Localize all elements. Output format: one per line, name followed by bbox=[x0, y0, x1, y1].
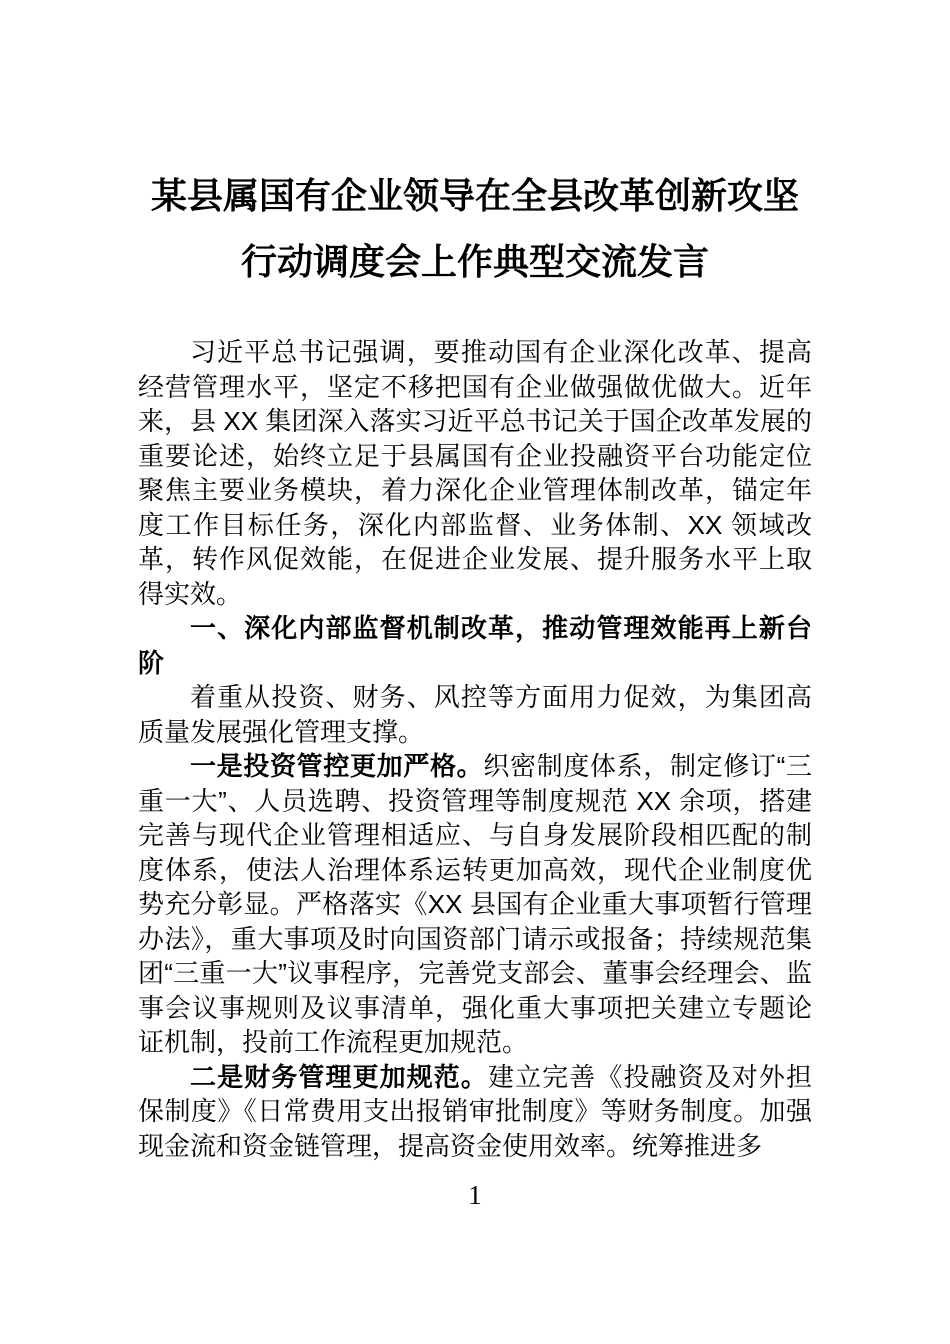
document-body: 习近平总书记强调，要推动国有企业深化改革、提高经营管理水平，坚定不移把国有企业做… bbox=[138, 335, 812, 1163]
title-line-1: 某县属国有企业领导在全县改革创新攻坚 bbox=[110, 163, 840, 229]
paragraph-text: 习近平总书记强调，要推动国有企业深化改革、提高经营管理水平，坚定不移把国有企业做… bbox=[138, 337, 812, 609]
paragraph-lead: 一、深化内部监督机制改革，推动管理效能再上新台阶 bbox=[138, 613, 812, 678]
document-page: 某县属国有企业领导在全县改革创新攻坚 行动调度会上作典型交流发言 习近平总书记强… bbox=[0, 0, 950, 1344]
paragraph-lead: 一是投资管控更加严格。 bbox=[190, 751, 483, 781]
document-title: 某县属国有企业领导在全县改革创新攻坚 行动调度会上作典型交流发言 bbox=[110, 163, 840, 295]
paragraph-lead: 二是财务管理更加规范。 bbox=[190, 1062, 488, 1092]
page-number: 1 bbox=[0, 1178, 950, 1212]
paragraph-text: 织密制度体系，制定修订“三重一大”、人员选聘、投资管理等制度规范 XX 余项，搭… bbox=[138, 751, 812, 1057]
paragraph-intro: 习近平总书记强调，要推动国有企业深化改革、提高经营管理水平，坚定不移把国有企业做… bbox=[138, 335, 812, 611]
section-heading-1: 一、深化内部监督机制改革，推动管理效能再上新台阶 bbox=[138, 611, 812, 680]
title-line-2: 行动调度会上作典型交流发言 bbox=[110, 229, 840, 295]
paragraph-point-1: 一是投资管控更加严格。织密制度体系，制定修订“三重一大”、人员选聘、投资管理等制… bbox=[138, 749, 812, 1060]
paragraph-point-2: 二是财务管理更加规范。建立完善《投融资及对外担保制度》《日常费用支出报销审批制度… bbox=[138, 1060, 812, 1164]
paragraph-text: 着重从投资、财务、风控等方面用力促效，为集团高质量发展强化管理支撑。 bbox=[138, 682, 812, 747]
paragraph-overview: 着重从投资、财务、风控等方面用力促效，为集团高质量发展强化管理支撑。 bbox=[138, 680, 812, 749]
